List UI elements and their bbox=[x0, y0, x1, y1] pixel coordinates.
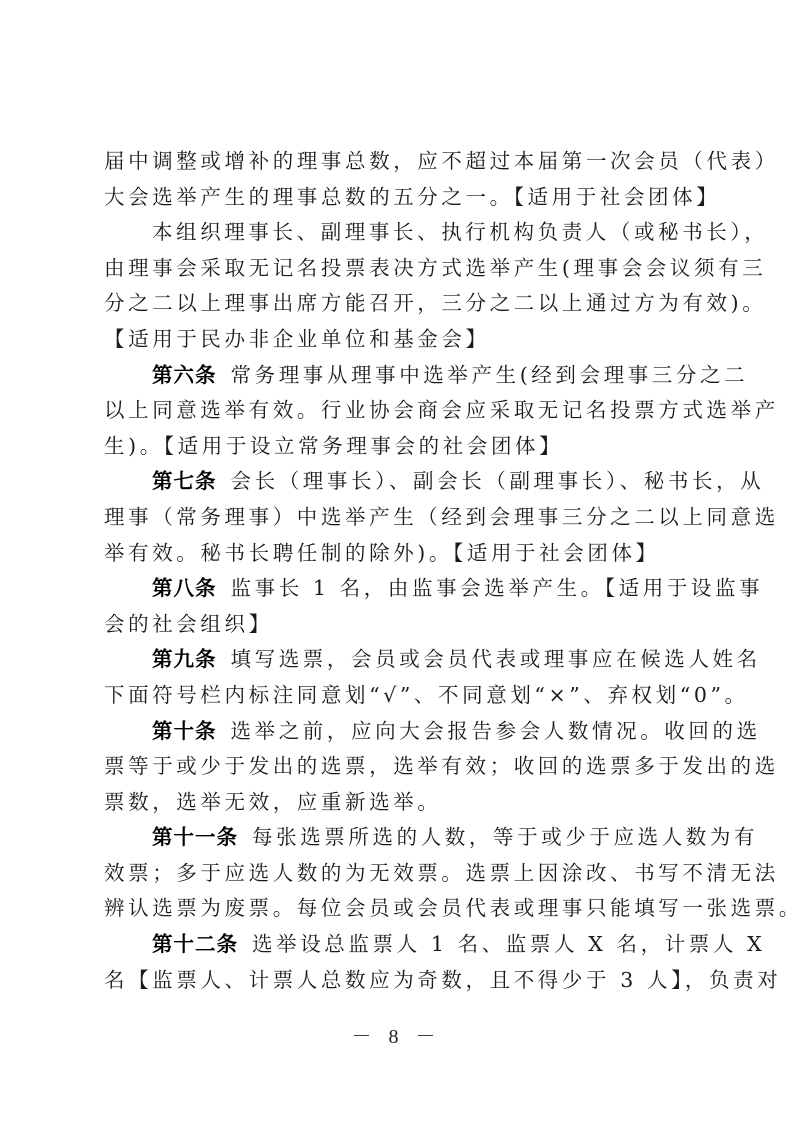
article-text: 监事长 1 名，由监事会选举产生。【适用于设监事 bbox=[231, 576, 764, 600]
text-line: 下面符号栏内标注同意划“√”、不同意划“×”、弃权划“0”。 bbox=[104, 678, 694, 714]
text-line: 以上同意选举有效。行业协会商会应采取无记名投票方式选举产 bbox=[104, 393, 694, 429]
text-line: 效票；多于应选人数的为无效票。选票上因涂改、书写不清无法 bbox=[104, 856, 694, 892]
article-text: 填写选票，会员或会员代表或理事应在候选人姓名 bbox=[231, 647, 761, 671]
article-heading: 第六条 bbox=[152, 363, 217, 387]
text-line: 票数，选举无效，应重新选举。 bbox=[104, 785, 694, 821]
text-line: 生)。【适用于设立常务理事会的社会团体】 bbox=[104, 429, 694, 465]
article-heading: 第七条 bbox=[152, 469, 217, 493]
text-line: 届中调整或增补的理事总数，应不超过本届第一次会员（代表） bbox=[104, 144, 694, 180]
paragraph-continuation: 届中调整或增补的理事总数，应不超过本届第一次会员（代表） 大会选举产生的理事总数… bbox=[104, 144, 694, 215]
text-line: 第六条常务理事从理事中选举产生(经到会理事三分之二 bbox=[104, 358, 694, 394]
article-7: 第七条会长（理事长）、副会长（副理事长）、秘书长，从 理事（常务理事）中选举产生… bbox=[104, 464, 694, 571]
article-heading: 第十二条 bbox=[152, 932, 238, 956]
article-text: 每张选票所选的人数，等于或少于应选人数为有 bbox=[252, 825, 758, 849]
text-line: 理事（常务理事）中选举产生（经到会理事三分之二以上同意选 bbox=[104, 500, 694, 536]
article-10: 第十条选举之前，应向大会报告参会人数情况。收回的选 票等于或少于发出的选票，选举… bbox=[104, 714, 694, 821]
text-line: 第十一条每张选票所选的人数，等于或少于应选人数为有 bbox=[104, 820, 694, 856]
page-number: － 8 － bbox=[0, 1020, 793, 1049]
text-line: 第十条选举之前，应向大会报告参会人数情况。收回的选 bbox=[104, 714, 694, 750]
article-text: 选举之前，应向大会报告参会人数情况。收回的选 bbox=[231, 719, 761, 743]
article-heading: 第八条 bbox=[152, 576, 217, 600]
article-text: 会长（理事长）、副会长（副理事长）、秘书长，从 bbox=[231, 469, 765, 493]
text-line: 辨认选票为废票。每位会员或会员代表或理事只能填写一张选票。 bbox=[104, 891, 694, 927]
article-heading: 第十一条 bbox=[152, 825, 238, 849]
text-line: 第八条监事长 1 名，由监事会选举产生。【适用于设监事 bbox=[104, 571, 694, 607]
article-text: 常务理事从理事中选举产生(经到会理事三分之二 bbox=[231, 363, 749, 387]
text-line: 名【监票人、计票人总数应为奇数，且不得少于 3 人】，负责对 bbox=[104, 963, 694, 999]
text-line: 大会选举产生的理事总数的五分之一。【适用于社会团体】 bbox=[104, 180, 694, 216]
text-line: 分之二以上理事出席方能召开，三分之二以上通过方为有效)。 bbox=[104, 286, 694, 322]
text-line: 第十二条选举设总监票人 1 名、监票人 X 名，计票人 X bbox=[104, 927, 694, 963]
document-page: 届中调整或增补的理事总数，应不超过本届第一次会员（代表） 大会选举产生的理事总数… bbox=[104, 144, 694, 998]
text-line: 本组织理事长、副理事长、执行机构负责人（或秘书长）， bbox=[104, 215, 694, 251]
text-line: 举有效。秘书长聘任制的除外)。【适用于社会团体】 bbox=[104, 536, 694, 572]
article-text: 选举设总监票人 1 名、监票人 X 名，计票人 X bbox=[252, 932, 765, 956]
text-line: 【适用于民办非企业单位和基金会】 bbox=[104, 322, 694, 358]
article-heading: 第十条 bbox=[152, 719, 217, 743]
article-12: 第十二条选举设总监票人 1 名、监票人 X 名，计票人 X 名【监票人、计票人总… bbox=[104, 927, 694, 998]
text-line: 由理事会采取无记名投票表决方式选举产生(理事会会议须有三 bbox=[104, 251, 694, 287]
text-line: 第七条会长（理事长）、副会长（副理事长）、秘书长，从 bbox=[104, 464, 694, 500]
text-line: 票等于或少于发出的选票，选举有效；收回的选票多于发出的选 bbox=[104, 749, 694, 785]
article-6: 第六条常务理事从理事中选举产生(经到会理事三分之二 以上同意选举有效。行业协会商… bbox=[104, 358, 694, 465]
text-line: 第九条填写选票，会员或会员代表或理事应在候选人姓名 bbox=[104, 642, 694, 678]
article-heading: 第九条 bbox=[152, 647, 217, 671]
paragraph-chair-election: 本组织理事长、副理事长、执行机构负责人（或秘书长）， 由理事会采取无记名投票表决… bbox=[104, 215, 694, 357]
article-8: 第八条监事长 1 名，由监事会选举产生。【适用于设监事 会的社会组织】 bbox=[104, 571, 694, 642]
article-11: 第十一条每张选票所选的人数，等于或少于应选人数为有 效票；多于应选人数的为无效票… bbox=[104, 820, 694, 927]
text-line: 会的社会组织】 bbox=[104, 607, 694, 643]
article-9: 第九条填写选票，会员或会员代表或理事应在候选人姓名 下面符号栏内标注同意划“√”… bbox=[104, 642, 694, 713]
